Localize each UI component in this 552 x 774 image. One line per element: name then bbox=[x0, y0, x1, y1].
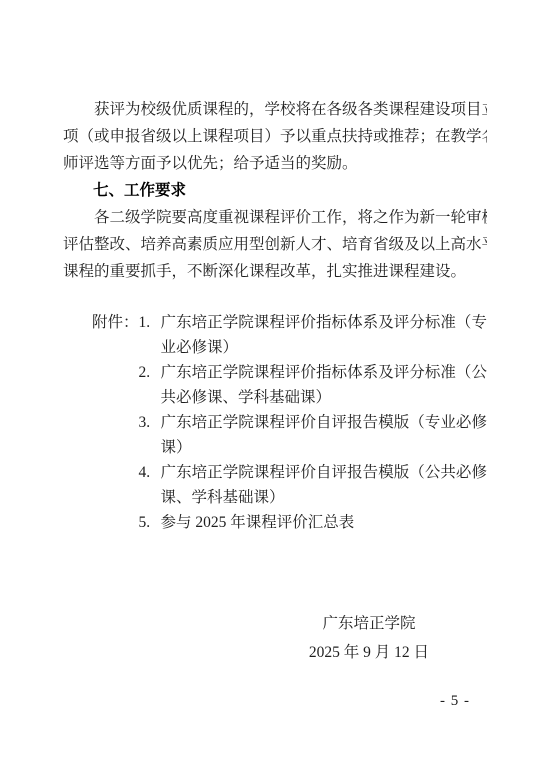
document-page: 获评为校级优质课程的，学校将在各级各类课程建设项目立项（或申报省级以上课程项目）… bbox=[0, 0, 552, 774]
signature-date: 2025 年 9 月 12 日 bbox=[248, 638, 490, 667]
attachment-list: 1.广东培正学院课程评价指标体系及评分标准（专业必修课）2.广东培正学院课程评价… bbox=[139, 310, 487, 535]
text-line: 师评选等方面予以优先；给予适当的奖励。 bbox=[63, 150, 487, 177]
text-line: 项（或申报省级以上课程项目）予以重点扶持或推荐；在教学名 bbox=[63, 123, 487, 150]
attachment-number: 2. bbox=[139, 360, 161, 385]
text-line: 评估整改、培养高素质应用型创新人才、培育省级及以上高水平 bbox=[63, 231, 487, 258]
text-line: 参与 2025 年课程评价汇总表 bbox=[161, 510, 487, 535]
attachment-item: 3.广东培正学院课程评价自评报告模版（专业必修课） bbox=[139, 410, 487, 460]
text-line: 业必修课） bbox=[161, 335, 487, 360]
text-line: 课） bbox=[161, 435, 487, 460]
text-line: 获评为校级优质课程的，学校将在各级各类课程建设项目立 bbox=[63, 96, 487, 123]
text-line: 课程的重要抓手，不断深化课程改革，扎实推进课程建设。 bbox=[63, 258, 487, 285]
attachment-item: 4.广东培正学院课程评价自评报告模版（公共必修课、学科基础课） bbox=[139, 460, 487, 510]
paragraph-2: 各二级学院要高度重视课程评价工作，将之作为新一轮审核评估整改、培养高素质应用型创… bbox=[63, 204, 487, 285]
attachment-text: 广东培正学院课程评价指标体系及评分标准（公共必修课、学科基础课） bbox=[161, 360, 487, 410]
attachment-number: 4. bbox=[139, 460, 161, 485]
attachment-item: 2.广东培正学院课程评价指标体系及评分标准（公共必修课、学科基础课） bbox=[139, 360, 487, 410]
attachment-text: 广东培正学院课程评价自评报告模版（专业必修课） bbox=[161, 410, 487, 460]
attachment-label: 附件： bbox=[92, 310, 139, 335]
attachment-text: 广东培正学院课程评价自评报告模版（公共必修课、学科基础课） bbox=[161, 460, 487, 510]
document-body: 获评为校级优质课程的，学校将在各级各类课程建设项目立项（或申报省级以上课程项目）… bbox=[63, 96, 487, 535]
paragraph-1: 获评为校级优质课程的，学校将在各级各类课程建设项目立项（或申报省级以上课程项目）… bbox=[63, 96, 487, 177]
text-line: 各二级学院要高度重视课程评价工作，将之作为新一轮审核 bbox=[63, 204, 487, 231]
text-line: 课、学科基础课） bbox=[161, 485, 487, 510]
attachment-number: 1. bbox=[139, 310, 161, 335]
signature-block: 广东培正学院 2025 年 9 月 12 日 bbox=[248, 609, 490, 667]
attachment-text: 参与 2025 年课程评价汇总表 bbox=[161, 510, 487, 535]
signature-org: 广东培正学院 bbox=[248, 609, 490, 638]
attachment-number: 5. bbox=[139, 510, 161, 535]
page-number: - 5 - bbox=[440, 693, 470, 709]
section-heading: 七、工作要求 bbox=[63, 177, 487, 204]
attachment-number: 3. bbox=[139, 410, 161, 435]
text-line: 广东培正学院课程评价自评报告模版（专业必修 bbox=[161, 410, 487, 435]
text-line: 广东培正学院课程评价自评报告模版（公共必修 bbox=[161, 460, 487, 485]
attachment-item: 5.参与 2025 年课程评价汇总表 bbox=[139, 510, 487, 535]
text-line: 广东培正学院课程评价指标体系及评分标准（公 bbox=[161, 360, 487, 385]
text-line: 共必修课、学科基础课） bbox=[161, 385, 487, 410]
attachment-item: 1.广东培正学院课程评价指标体系及评分标准（专业必修课） bbox=[139, 310, 487, 360]
attachment-text: 广东培正学院课程评价指标体系及评分标准（专业必修课） bbox=[161, 310, 487, 360]
attachment-block: 附件： 1.广东培正学院课程评价指标体系及评分标准（专业必修课）2.广东培正学院… bbox=[63, 310, 487, 535]
text-line: 广东培正学院课程评价指标体系及评分标准（专 bbox=[161, 310, 487, 335]
